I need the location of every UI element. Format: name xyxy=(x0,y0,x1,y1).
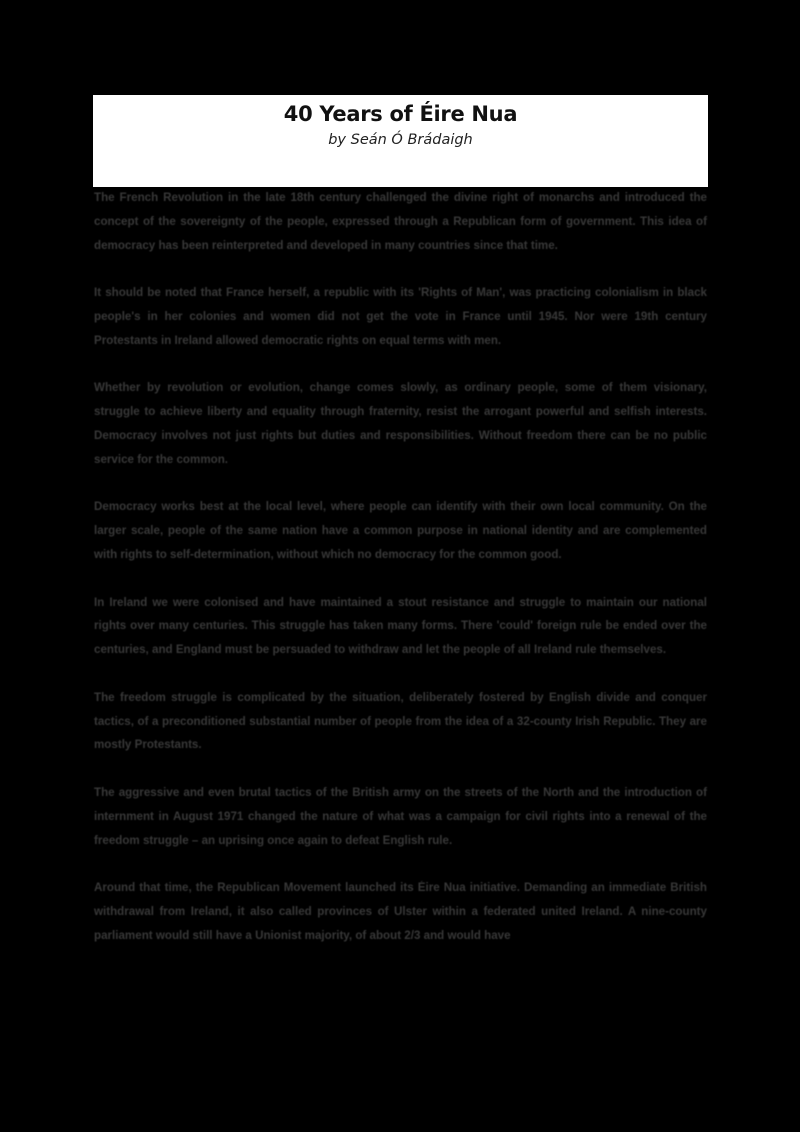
paragraph-2: It should be noted that France herself, … xyxy=(94,281,707,352)
paragraph-7: The aggressive and even brutal tactics o… xyxy=(94,781,707,852)
document-byline: by Seán Ó Brádaigh xyxy=(93,130,708,150)
document-body: The French Revolution in the late 18th c… xyxy=(94,186,707,971)
paragraph-8: Around that time, the Republican Movemen… xyxy=(94,876,707,947)
document-header: 40 Years of Éire Nua by Seán Ó Brádaigh xyxy=(93,95,708,187)
paragraph-1: The French Revolution in the late 18th c… xyxy=(94,186,707,257)
paragraph-4: Democracy works best at the local level,… xyxy=(94,495,707,566)
paragraph-5: In Ireland we were colonised and have ma… xyxy=(94,591,707,662)
paragraph-6: The freedom struggle is complicated by t… xyxy=(94,686,707,757)
paragraph-3: Whether by revolution or evolution, chan… xyxy=(94,376,707,471)
document-title: 40 Years of Éire Nua xyxy=(93,100,708,128)
